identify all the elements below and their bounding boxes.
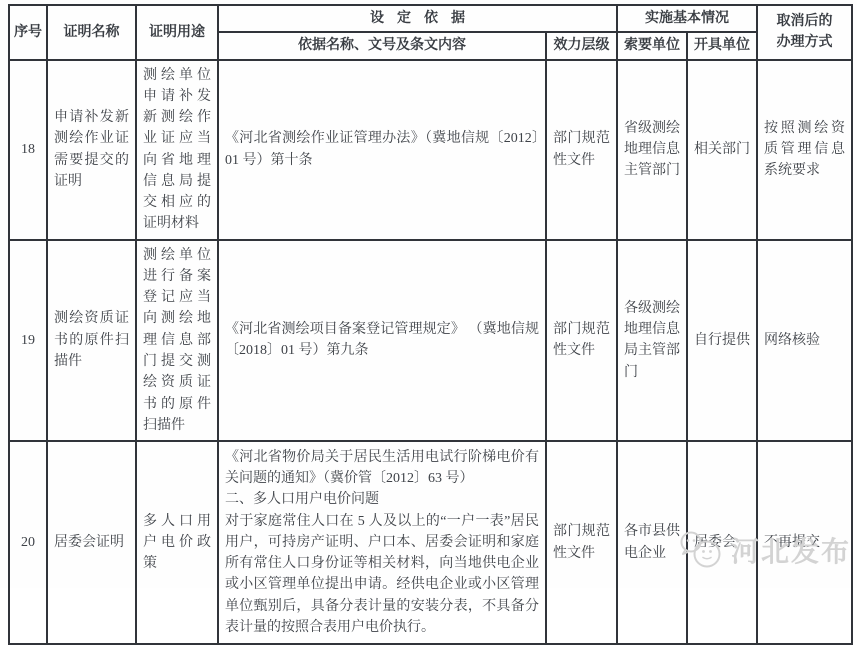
table-row-19: 19 测绘资质证书的原件扫描件 测绘单位进行备案登记应当向测绘地理信息部门提交测… (9, 240, 852, 441)
cell-no: 19 (9, 240, 47, 441)
col-header-requester: 索要单位 (617, 32, 687, 59)
col-group-implementation: 实施基本情况 (617, 5, 757, 32)
col-header-issuer: 开具单位 (687, 32, 757, 59)
col-header-basis-detail: 依据名称、文号及条文内容 (218, 32, 546, 59)
cell-purpose: 测绘单位申请补发新测绘作业证应当向省地理信息局提交相应的证明材料 (136, 60, 218, 240)
cell-method: 不再提交 (757, 441, 852, 644)
cell-no: 18 (9, 60, 47, 240)
cell-name: 测绘资质证书的原件扫描件 (47, 240, 136, 441)
cell-basis: 《河北省测绘项目备案登记管理规定》 （冀地信规〔2018〕01 号）第九条 (218, 240, 546, 441)
cell-name: 申请补发新测绘作业证需要提交的证明 (47, 60, 136, 240)
col-header-method: 取消后的 办理方式 (757, 5, 852, 60)
table-row-18: 18 申请补发新测绘作业证需要提交的证明 测绘单位申请补发新测绘作业证应当向省地… (9, 60, 852, 240)
cell-method: 按照测绘资质管理信息系统要求 (757, 60, 852, 240)
document-page: 序号 证明名称 证明用途 设定依据 实施基本情况 取消后的 办理方式 依据名称、… (0, 0, 857, 588)
col-header-name: 证明名称 (47, 5, 136, 60)
cell-level: 部门规范性文件 (546, 441, 617, 644)
cell-issuer: 居委会 (687, 441, 757, 644)
cell-level: 部门规范性文件 (546, 240, 617, 441)
cell-purpose: 多人口用户电价政策 (136, 441, 218, 644)
certificate-table: 序号 证明名称 证明用途 设定依据 实施基本情况 取消后的 办理方式 依据名称、… (8, 4, 853, 645)
cell-requester: 各级测绘地理信息局主管部门 (617, 240, 687, 441)
cell-name: 居委会证明 (47, 441, 136, 644)
header-row-groups: 序号 证明名称 证明用途 设定依据 实施基本情况 取消后的 办理方式 (9, 5, 852, 32)
cell-level: 部门规范性文件 (546, 60, 617, 240)
col-header-level: 效力层级 (546, 32, 617, 59)
cell-basis: 《河北省物价局关于居民生活用电试行阶梯电价有关问题的通知》（冀价管〔2012〕6… (218, 441, 546, 644)
cell-purpose: 测绘单位进行备案登记应当向测绘地理信息部门提交测绘资质证书的原件扫描件 (136, 240, 218, 441)
cell-method: 网络核验 (757, 240, 852, 441)
col-header-purpose: 证明用途 (136, 5, 218, 60)
cell-requester: 省级测绘地理信息主管部门 (617, 60, 687, 240)
cell-requester: 各市县供电企业 (617, 441, 687, 644)
col-header-no: 序号 (9, 5, 47, 60)
cell-issuer: 相关部门 (687, 60, 757, 240)
table-row-20: 20 居委会证明 多人口用户电价政策 《河北省物价局关于居民生活用电试行阶梯电价… (9, 441, 852, 644)
cell-issuer: 自行提供 (687, 240, 757, 441)
cell-basis: 《河北省测绘作业证管理办法》（冀地信规〔2012〕01 号）第十条 (218, 60, 546, 240)
cell-no: 20 (9, 441, 47, 644)
col-group-basis: 设定依据 (218, 5, 617, 32)
